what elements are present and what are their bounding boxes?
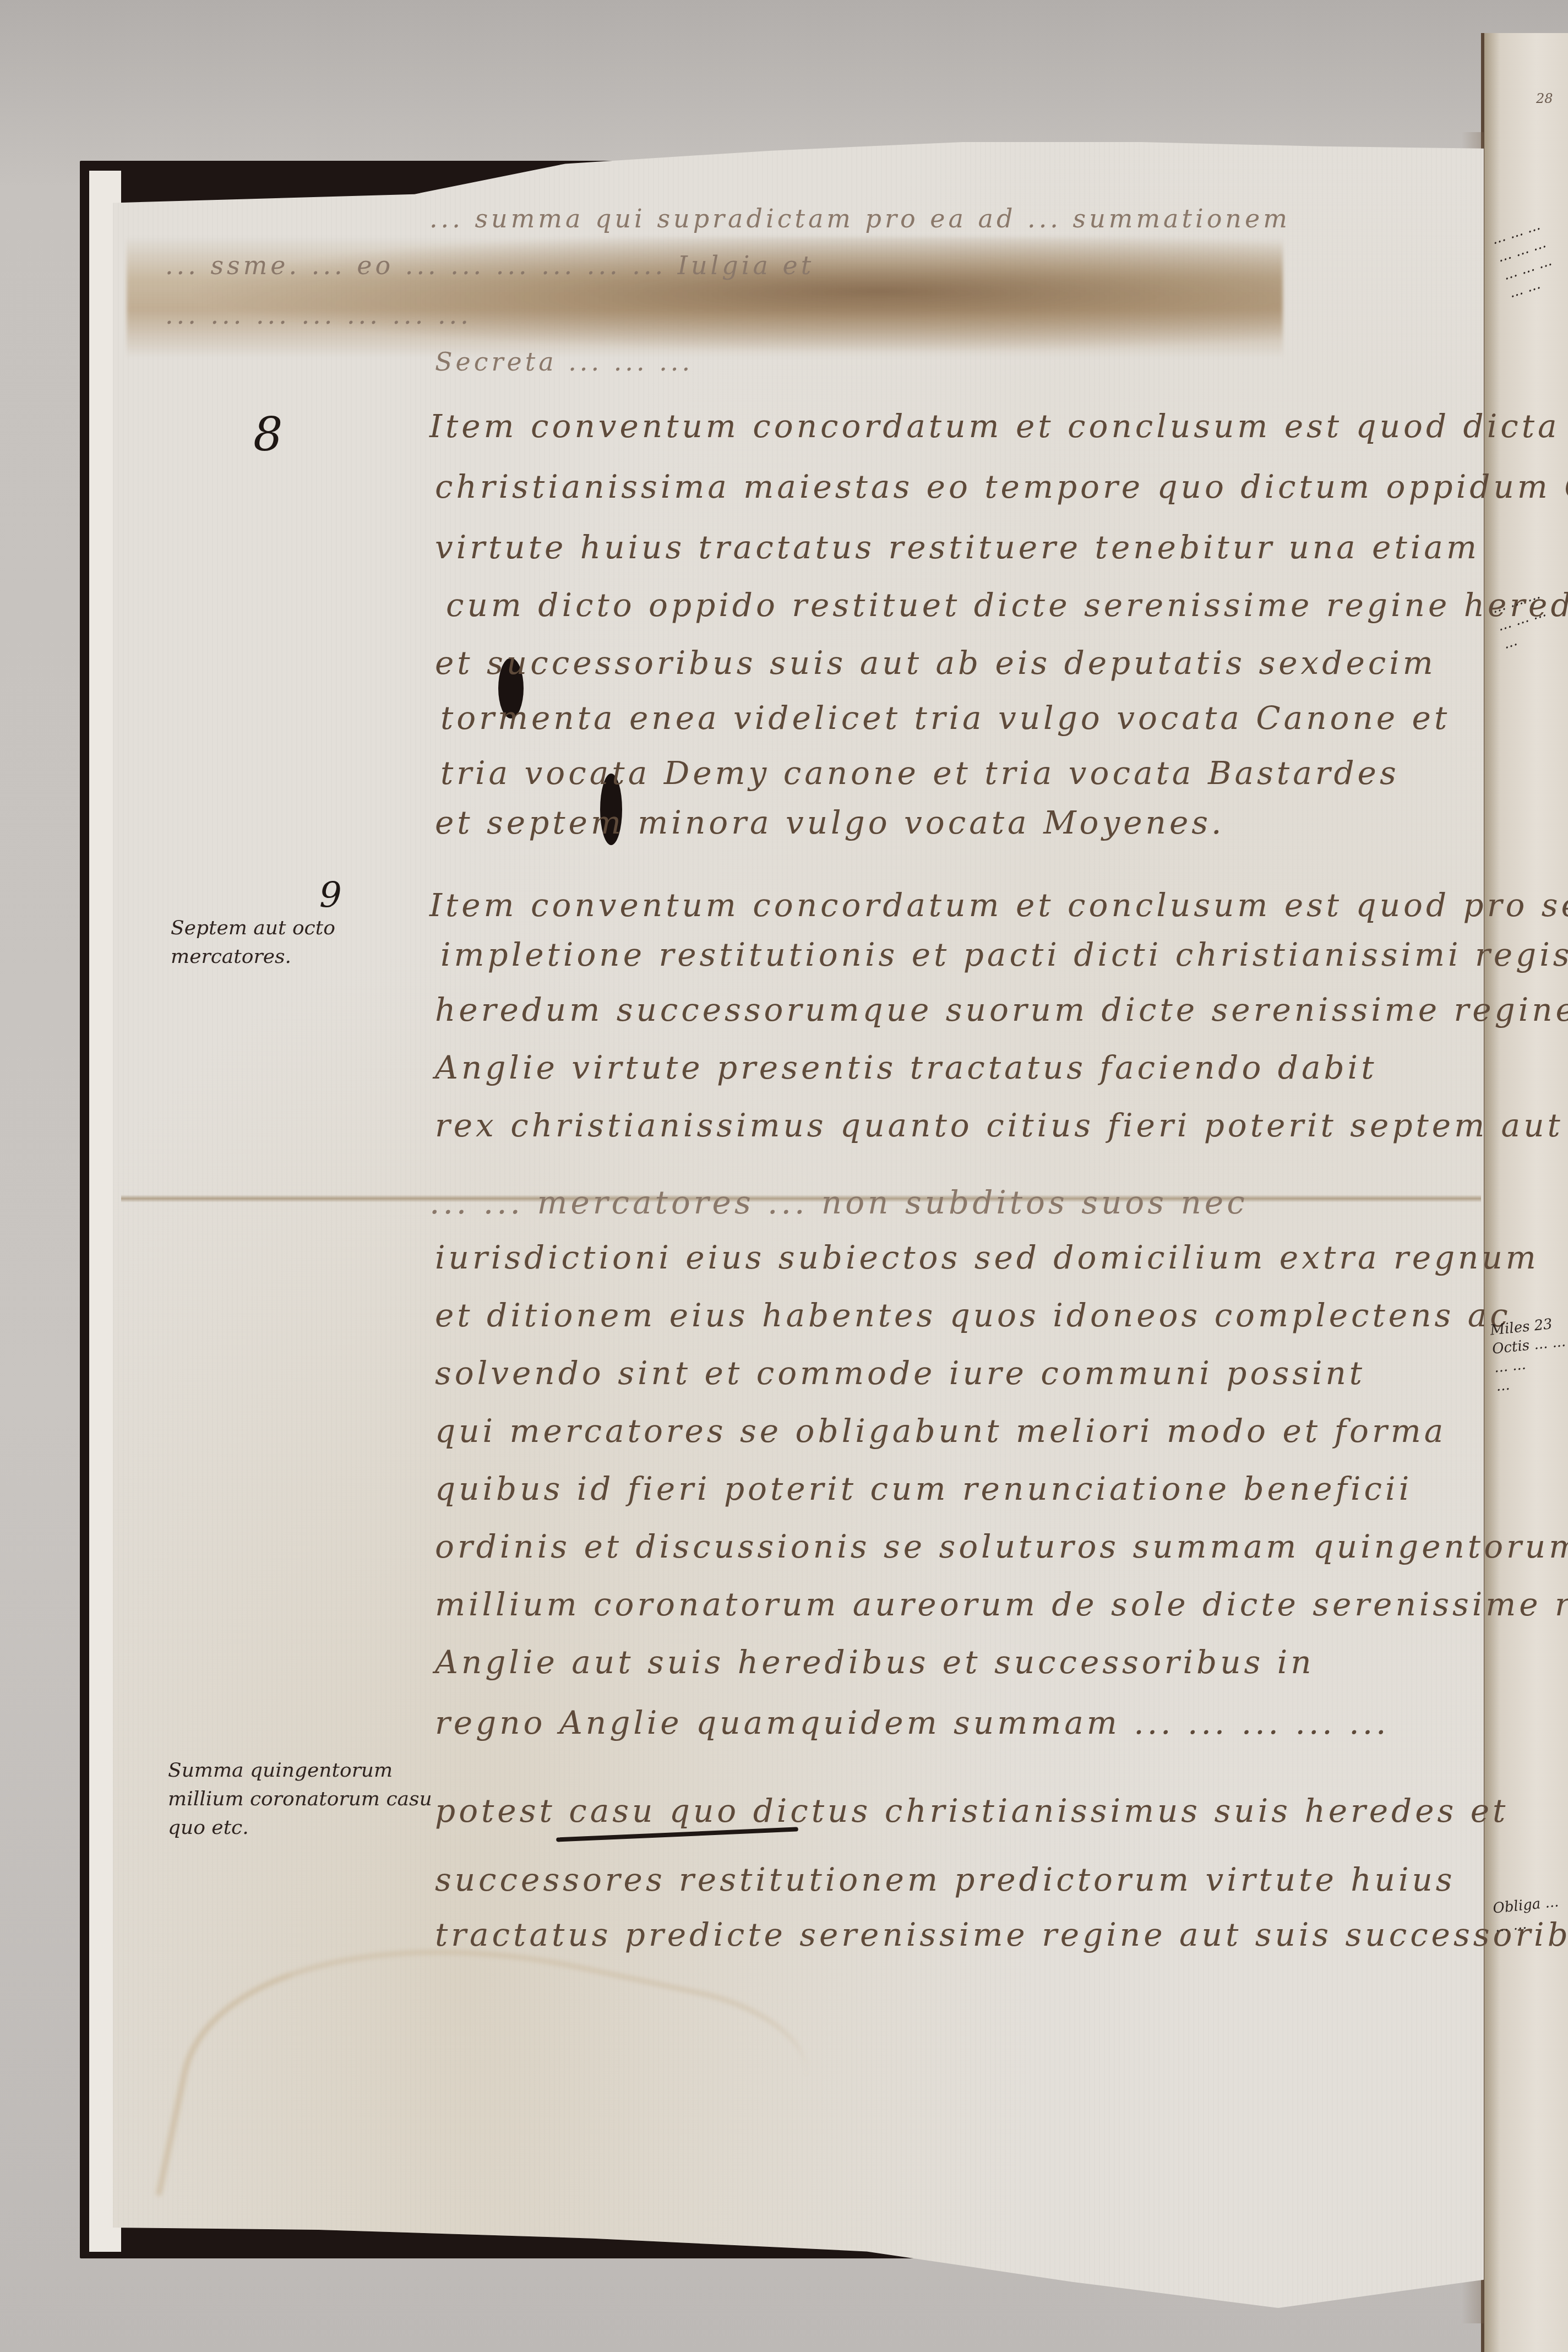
text-line: Item conventum concordatum et conclusum … bbox=[429, 886, 1568, 924]
facing-page-note: Miles 23 Octis ... ... ... ... ... bbox=[1489, 1314, 1568, 1396]
fragment-line: Secreta ... ... ... bbox=[435, 347, 693, 377]
text-line: virtute huius tractatus restituere teneb… bbox=[435, 529, 1480, 566]
text-line: iurisdictioni eius subiectos sed domicil… bbox=[435, 1239, 1539, 1276]
margin-note: Summa quingentorum millium coronatorum c… bbox=[168, 1756, 432, 1842]
text-line: Anglie aut suis heredibus et successorib… bbox=[435, 1643, 1315, 1681]
margin-note: Septem aut octo mercatores. bbox=[171, 914, 335, 971]
text-line: successores restitutionem predictorum vi… bbox=[435, 1861, 1456, 1898]
facing-page-note: Obliga ... ... ... bbox=[1492, 1892, 1561, 1936]
text-line: potest casu quo dictus christianissimus … bbox=[435, 1792, 1509, 1830]
text-line: tria vocata Demy canone et tria vocata B… bbox=[440, 754, 1400, 792]
section-number: 8 bbox=[253, 407, 282, 461]
text-line: quibus id fieri poterit cum renunciation… bbox=[435, 1470, 1412, 1507]
text-line: regno Anglie quamquidem summam ... ... .… bbox=[435, 1704, 1390, 1741]
text-line: millium coronatorum aureorum de sole dic… bbox=[435, 1586, 1568, 1623]
text-line: Anglie virtute presentis tractatus facie… bbox=[435, 1049, 1377, 1086]
text-line: rex christianissimus quanto citius fieri… bbox=[435, 1107, 1568, 1144]
fragment-line: ... summa qui supradictam pro ea ad ... … bbox=[429, 204, 1291, 233]
text-line: tractatus predicte serenissime regine au… bbox=[435, 1916, 1568, 1953]
text-line: et successoribus suis aut ab eis deputat… bbox=[435, 644, 1436, 682]
text-line: et ditionem eius habentes quos idoneos c… bbox=[435, 1297, 1511, 1334]
text-line: heredum successorumque suorum dicte sere… bbox=[435, 991, 1568, 1028]
text-line: impletione restitutionis et pacti dicti … bbox=[440, 936, 1568, 973]
fragment-line: ... ssme. ... eo ... ... ... ... ... ...… bbox=[165, 251, 814, 280]
text-line: tormenta enea videlicet tria vulgo vocat… bbox=[440, 699, 1450, 737]
folio-number: 28 bbox=[1536, 91, 1553, 106]
text-line: ordinis et discussionis se soluturos sum… bbox=[435, 1528, 1568, 1565]
facing-page bbox=[1481, 33, 1568, 2352]
section-number: 9 bbox=[319, 875, 342, 916]
text-line: Item conventum concordatum et conclusum … bbox=[429, 407, 1560, 445]
text-line: ... ... mercatores ... non subditos suos… bbox=[429, 1184, 1248, 1221]
fragment-line: ... ... ... ... ... ... ... bbox=[165, 300, 472, 330]
text-line: qui mercatores se obligabunt meliori mod… bbox=[435, 1412, 1446, 1450]
text-line: solvendo sint et commode iure communi po… bbox=[435, 1354, 1365, 1392]
text-line: christianissima maiestas eo tempore quo … bbox=[435, 468, 1568, 505]
text-line: cum dicto oppido restituet dicte serenis… bbox=[446, 586, 1568, 624]
text-line: et septem minora vulgo vocata Moyenes. bbox=[435, 804, 1224, 841]
